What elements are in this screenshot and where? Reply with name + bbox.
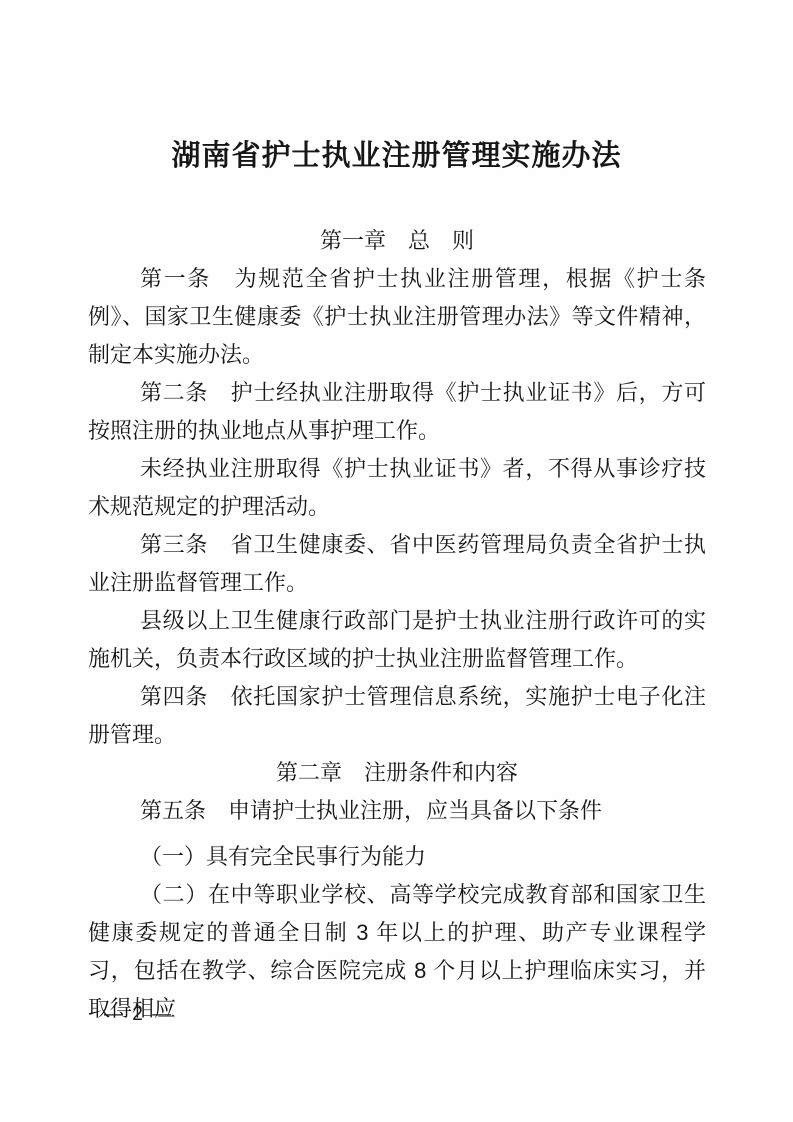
paragraph-article-2: 第二条 护士经执业注册取得《护士执业证书》后，方可按照注册的执业地点从事护理工作…: [88, 374, 706, 450]
document-page: 湖南省护士执业注册管理实施办法 第一章 总 则 第一条 为规范全省护士执业注册管…: [0, 0, 793, 1122]
chapter-2-heading: 第二章 注册条件和内容: [88, 754, 706, 792]
paragraph-item-2: （二）在中等职业学校、高等学校完成教育部和国家卫生健康委规定的普通全日制 3 年…: [88, 876, 706, 1028]
doc-title: 湖南省护士执业注册管理实施办法: [0, 0, 793, 174]
paragraph-article-3-continued: 县级以上卫生健康行政部门是护士执业注册行政许可的实施机关，负责本行政区域的护士执…: [88, 602, 706, 678]
paragraph-article-3: 第三条 省卫生健康委、省中医药管理局负责全省护士执业注册监督管理工作。: [88, 526, 706, 602]
paragraph-article-4: 第四条 依托国家护士管理信息系统，实施护士电子化注册管理。: [88, 678, 706, 754]
paragraph-article-1: 第一条 为规范全省护士执业注册管理，根据《护士条例》、国家卫生健康委《护士执业注…: [88, 260, 706, 374]
paragraph-item-1: （一）具有完全民事行为能力: [88, 838, 706, 876]
paragraph-article-2-continued: 未经执业注册取得《护士执业证书》者，不得从事诊疗技术规范规定的护理活动。: [88, 450, 706, 526]
chapter-1-heading: 第一章 总 则: [88, 222, 706, 260]
doc-body: 第一章 总 则 第一条 为规范全省护士执业注册管理，根据《护士条例》、国家卫生健…: [88, 222, 706, 1028]
page-number: — 2 —: [104, 1000, 173, 1030]
paragraph-article-5: 第五条 申请护士执业注册，应当具备以下条件: [88, 792, 706, 830]
doc-title-text: 湖南省护士执业注册管理实施办法: [171, 140, 621, 172]
